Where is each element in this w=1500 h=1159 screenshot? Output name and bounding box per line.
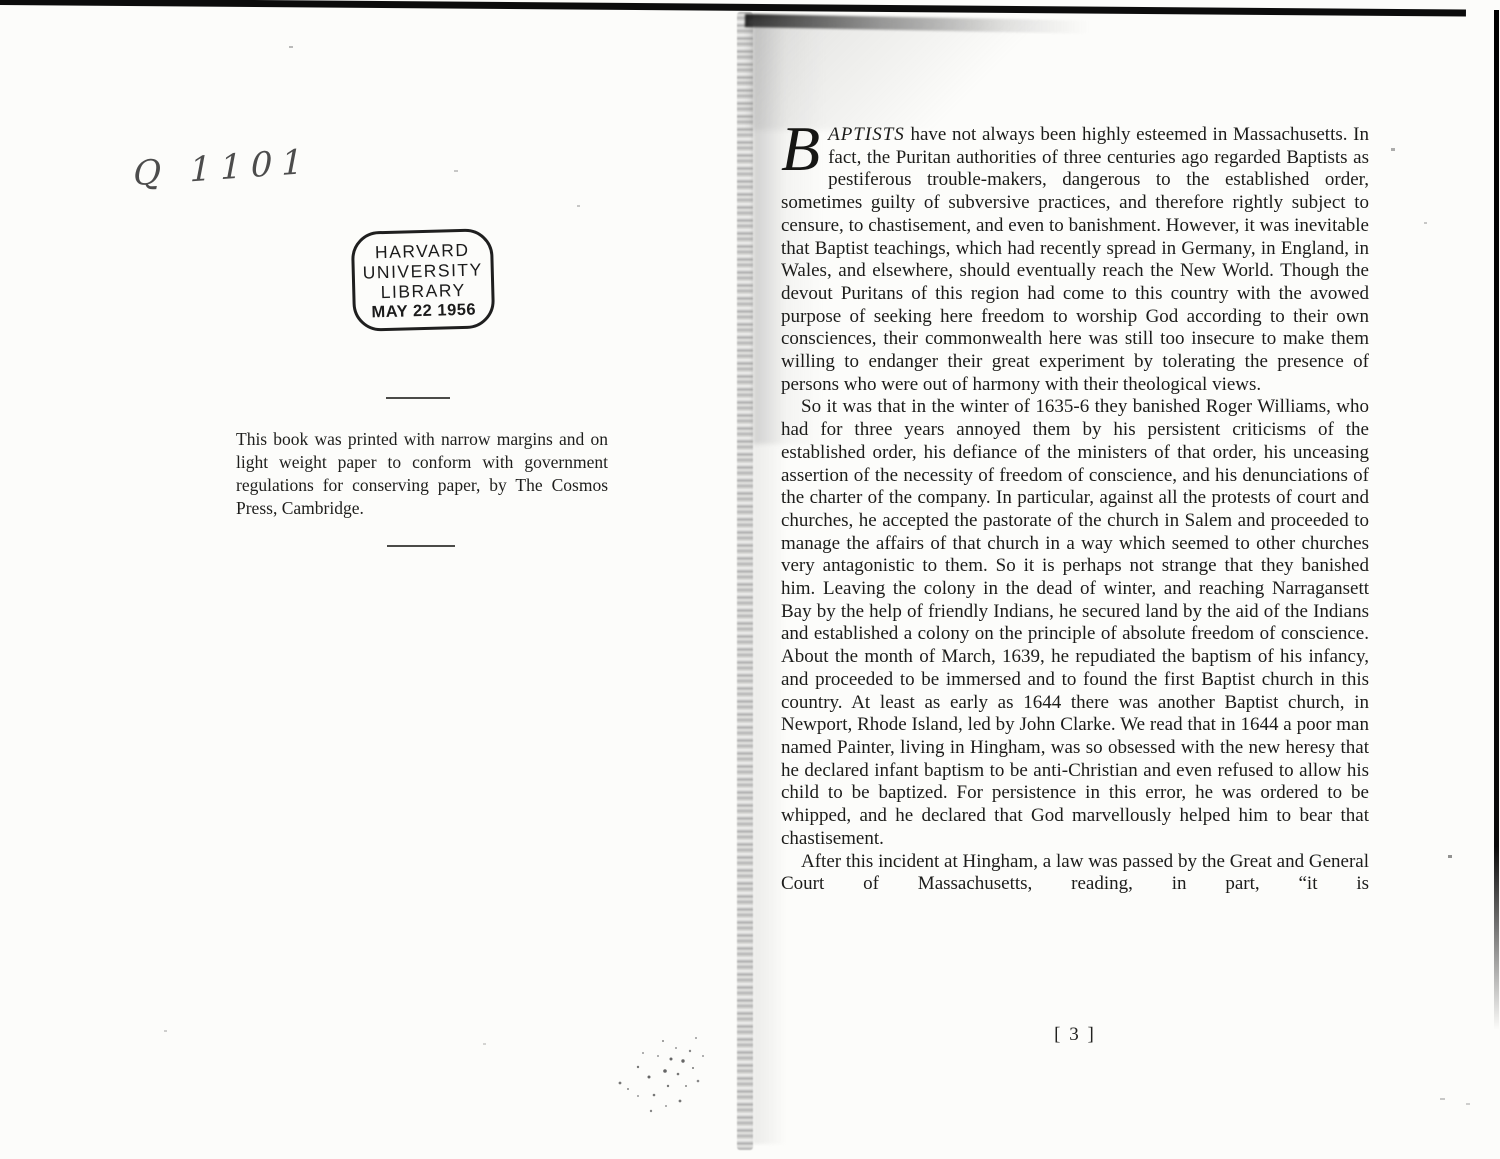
dust-specks: [0, 0, 1500, 1159]
scanned-book-spread: Q 1101 HARVARD UNIVERSITY LIBRARY MAY 22…: [0, 0, 1500, 1159]
